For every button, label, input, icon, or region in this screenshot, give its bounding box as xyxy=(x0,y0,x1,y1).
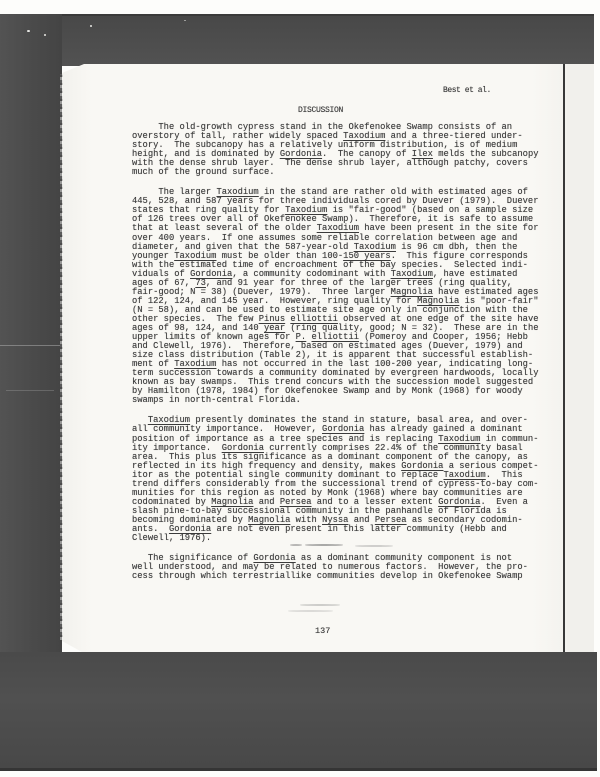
page-edge-shadow xyxy=(563,64,565,652)
scan-speck xyxy=(90,25,92,27)
body-text: The old-growth cypress stand in the Okef… xyxy=(132,123,552,592)
smudge-mark xyxy=(290,544,302,546)
smudge-mark xyxy=(288,610,333,612)
smudge-mark xyxy=(355,545,393,547)
running-header: Best et al. xyxy=(443,86,491,95)
text-line: cess through which terrestriallike commu… xyxy=(132,572,552,581)
scratch-mark xyxy=(0,345,60,346)
text-line: Clewell, 1976). xyxy=(132,534,552,543)
smudge-mark xyxy=(300,604,340,606)
scratch-mark xyxy=(6,390,54,391)
scanner-bed-strip xyxy=(567,64,594,652)
text-line: swamps in north-central Florida. xyxy=(132,396,552,405)
paragraph: Taxodium presently dominates the stand i… xyxy=(132,416,552,543)
page-left-edge-noise xyxy=(60,74,63,640)
smudge-mark xyxy=(305,544,343,546)
paragraph: The old-growth cypress stand in the Okef… xyxy=(132,123,552,177)
section-heading: DISCUSSION xyxy=(298,106,343,115)
page-number: 137 xyxy=(315,626,330,636)
photocopy-dark-border-bottom xyxy=(0,652,597,771)
photocopied-document-scan: { "document": { "running_header": "Best … xyxy=(0,0,600,777)
scan-speck xyxy=(27,30,30,32)
text-line: much of the ground surface. xyxy=(132,168,552,177)
scan-speck xyxy=(44,34,46,36)
photocopy-dark-border-top xyxy=(10,14,594,66)
paragraph: The significance of Gordonia as a domina… xyxy=(132,554,552,581)
scan-speck xyxy=(184,20,186,21)
paragraph: The larger Taxodium in the stand are rat… xyxy=(132,188,552,405)
document-page: Best et al. DISCUSSION The old-growth cy… xyxy=(62,64,567,652)
